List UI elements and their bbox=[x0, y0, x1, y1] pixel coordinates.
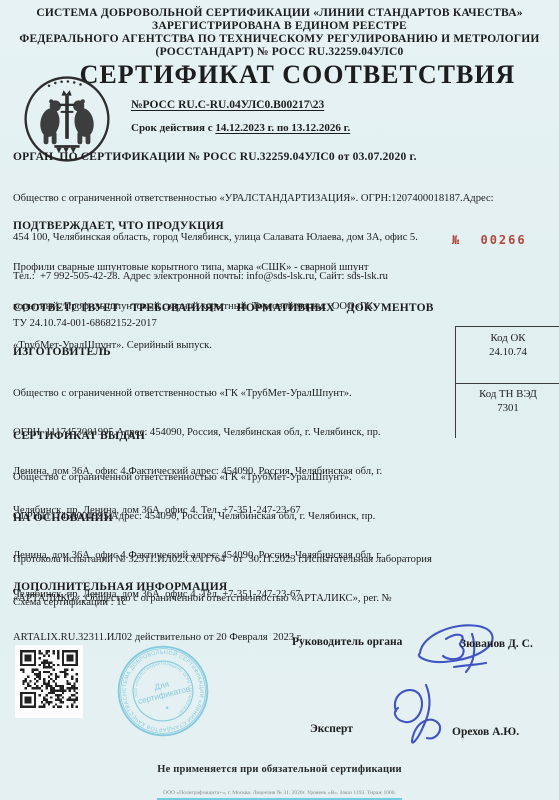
blank-number-sign: № bbox=[452, 233, 461, 247]
blank-number-value: 00266 bbox=[480, 233, 526, 247]
validity-dates: 14.12.2023 г. по 13.12.2026 г. bbox=[215, 122, 350, 134]
code-ok-label: Код ОК bbox=[456, 332, 559, 344]
organ-heading: ОРГАН ПО СЕРТИФИКАЦИИ № РОСС RU.32259.04… bbox=[13, 151, 417, 163]
validity-prefix: Срок действия с bbox=[131, 122, 215, 134]
certificate-number: №РОСС RU.C-RU.04УЛС0.В00217\23 bbox=[131, 99, 324, 111]
additional-value: Схема сертификации : 1с bbox=[13, 596, 126, 609]
validity-period: Срок действия с 14.12.2023 г. по 13.12.2… bbox=[131, 122, 350, 134]
expert-label: Эксперт bbox=[310, 723, 353, 735]
qr-code bbox=[16, 646, 82, 717]
compliance-value: ТУ 24.10.74-001-68682152-2017 bbox=[13, 317, 157, 330]
print-info-row: ООО «Полиграфзащита+», г. Москва. Лиценз… bbox=[0, 781, 559, 800]
basis-heading: НА ОСНОВАНИИ bbox=[13, 512, 113, 524]
head-of-body-label: Руководитель органа bbox=[292, 636, 402, 648]
organ-line: Общество с ограниченной ответственностью… bbox=[13, 192, 494, 205]
issued-heading: СЕРТИФИКАТ ВЫДАН bbox=[13, 430, 145, 442]
product-heading: ПОДТВЕРЖДАЕТ, ЧТО ПРОДУКЦИЯ bbox=[13, 220, 224, 232]
code-tnved-label: Код ТН ВЭД bbox=[456, 388, 559, 400]
product-line: Профили сварные шпунтовые корытного типа… bbox=[13, 261, 373, 274]
codes-box-divider bbox=[456, 383, 559, 384]
blank-number: № 00266 bbox=[452, 233, 527, 247]
issued-line: Общество с ограниченной ответственностью… bbox=[13, 471, 382, 484]
code-ok-value: 24.10.74 bbox=[456, 346, 559, 358]
compliance-heading: СООТВЕТСТВУЕТ ТРЕБОВАНИЯМ НОРМАТИВНЫХ ДО… bbox=[13, 302, 434, 314]
header-line-2: ЗАРЕГИСТРИРОВАНА В ЕДИНОМ РЕЕСТРЕ bbox=[0, 20, 559, 33]
expert-name: Орехов А.Ю. bbox=[452, 726, 519, 738]
header-line-4: (РОССТАНДАРТ) № РОСС RU.32259.04УЛС0 bbox=[0, 46, 559, 59]
manufacturer-line: Общество с ограниченной ответственностью… bbox=[13, 387, 382, 400]
header-line-1: СИСТЕМА ДОБРОВОЛЬНОЙ СЕРТИФИКАЦИИ «ЛИНИИ… bbox=[0, 7, 559, 20]
expert-signature bbox=[372, 679, 462, 759]
print-info: ООО «Полиграфзащита+», г. Москва. Лиценз… bbox=[157, 790, 402, 800]
manufacturer-heading: ИЗГОТОВИТЕЛЬ bbox=[13, 346, 111, 358]
code-tnved-value: 7301 bbox=[456, 402, 559, 414]
head-of-body-name: Зюванов Д. С. bbox=[460, 638, 533, 650]
certificate-page: СИСТЕМА ДОБРОВОЛЬНОЙ СЕРТИФИКАЦИИ «ЛИНИИ… bbox=[0, 0, 559, 800]
basis-line: Протокола испытаний № 32311.ИЛ02.СС11764… bbox=[13, 553, 432, 566]
additional-heading: ДОПОЛНИТЕЛЬНАЯ ИНФОРМАЦИЯ bbox=[13, 581, 227, 593]
footer-note: Не применяется при обязательной сертифик… bbox=[0, 764, 559, 775]
codes-box: Код ОК 24.10.74 Код ТН ВЭД 7301 bbox=[455, 326, 559, 438]
header-line-3: ФЕДЕРАЛЬНОГО АГЕНТСТВА ПО ТЕХНИЧЕСКОМУ Р… bbox=[0, 33, 559, 46]
